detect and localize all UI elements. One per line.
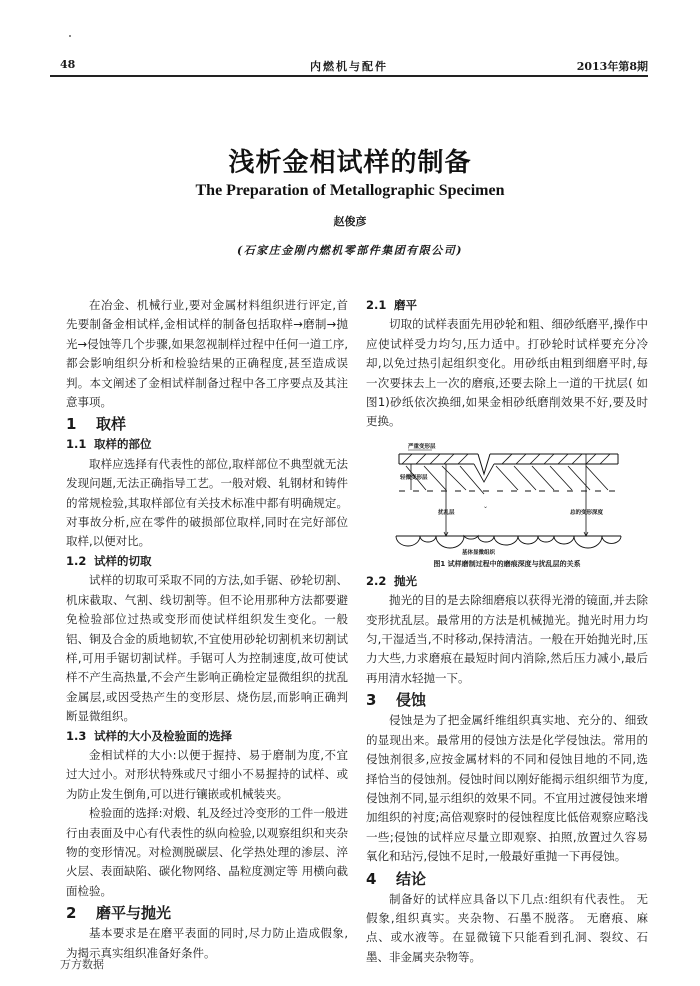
article-title-en: The Preparation of Metallographic Specim… <box>0 182 700 200</box>
paragraph-3: 侵蚀是为了把金属纤维组织真实地、充分的、细致的显现出来。最常用的侵蚀方法是化学侵… <box>366 711 648 866</box>
paragraph-2: 基本要求是在磨平表面的同时,尽力防止造成假象,为揭示真实组织准备好条件。 <box>66 924 348 963</box>
subsection-heading-1-1: 1.1取样的部位 <box>66 435 348 454</box>
affiliation: (石家庄金刚内燃机零部件集团有限公司) <box>0 242 700 258</box>
issue-label: 2013年第8期 <box>577 58 648 74</box>
right-column: 2.1磨平 切取的试样表面先用砂轮和粗、细砂纸磨平,操作中应使试样受力均匀,压力… <box>366 296 648 967</box>
label-disturbed-layer: 扰乱层 <box>438 508 455 516</box>
paragraph-4: 制备好的试样应具备以下几点:组织有代表性。 无假象,组织真实。夹杂物、石墨不脱落… <box>366 890 648 968</box>
label-light-layer: 轻微变形层 <box>399 473 428 481</box>
section-heading-4: 4结论 <box>366 868 648 890</box>
left-column: 在冶金、机械行业,要对金属材料组织进行评定,首先要制备金相试样,金相试样的制备包… <box>66 296 348 963</box>
label-base-structure: 基体显微组织 <box>462 548 496 556</box>
source-watermark: 万方数据 <box>60 956 104 972</box>
svg-text:⌄: ⌄ <box>483 503 488 510</box>
section-heading-3: 3侵蚀 <box>366 689 648 711</box>
author: 赵俊彦 <box>0 213 700 229</box>
grinding-layers-diagram: ⌄ 严重变形层 轻微变形层 扰乱层 总的变形深度 基体显微组织 <box>366 434 648 556</box>
paragraph-1-3b: 检验面的选择:对煅、轧及经过冷变形的工件一般进行由表面及中心有代表性的纵向检验,… <box>66 804 348 901</box>
paragraph-1-2: 试样的切取可采取不同的方法,如手锯、砂轮切割、机床截取、气割、线切割等。但不论用… <box>66 571 348 726</box>
header-rule <box>50 75 648 77</box>
subsection-heading-2-2: 2.2抛光 <box>366 572 648 591</box>
paragraph-1-3a: 金相试样的大小:以便于握持、易于磨制为度,不宜过大过小。对形状特殊或尺寸细小不易… <box>66 746 348 804</box>
paragraph-2-1: 切取的试样表面先用砂轮和粗、细砂纸磨平,操作中应使试样受力均匀,压力适中。打砂轮… <box>366 315 648 431</box>
paragraph-2-2: 抛光的目的是去除细磨痕以获得光滑的镜面,并去除变形扰乱层。最常用的方法是机械抛光… <box>366 591 648 688</box>
article-title: 浅析金相试样的制备 <box>0 142 700 179</box>
journal-name: 内燃机与配件 <box>50 58 648 74</box>
intro-paragraph: 在冶金、机械行业,要对金属材料组织进行评定,首先要制备金相试样,金相试样的制备包… <box>66 296 348 412</box>
label-total-depth: 总的变形深度 <box>570 508 604 516</box>
subsection-heading-1-2: 1.2试样的切取 <box>66 552 348 571</box>
subsection-heading-2-1: 2.1磨平 <box>366 296 648 315</box>
figure-1-diagram: ⌄ 严重变形层 轻微变形层 扰乱层 总的变形深度 基体显微组织 <box>366 434 648 556</box>
scan-speck <box>69 35 71 37</box>
figure-caption: 图1 试样磨制过程中的磨痕深度与扰乱层的关系 <box>366 558 648 570</box>
label-severe-layer: 严重变形层 <box>408 442 436 450</box>
subsection-heading-1-3: 1.3试样的大小及检验面的选择 <box>66 727 348 746</box>
paragraph-1-1: 取样应选择有代表性的部位,取样部位不典型就无法发现问题,无法正确指导工艺。一般对… <box>66 455 348 552</box>
section-heading-2: 2磨平与抛光 <box>66 902 348 924</box>
running-header: 48 内燃机与配件 2013年第8期 <box>50 56 648 74</box>
section-heading-1: 1取样 <box>66 413 348 435</box>
